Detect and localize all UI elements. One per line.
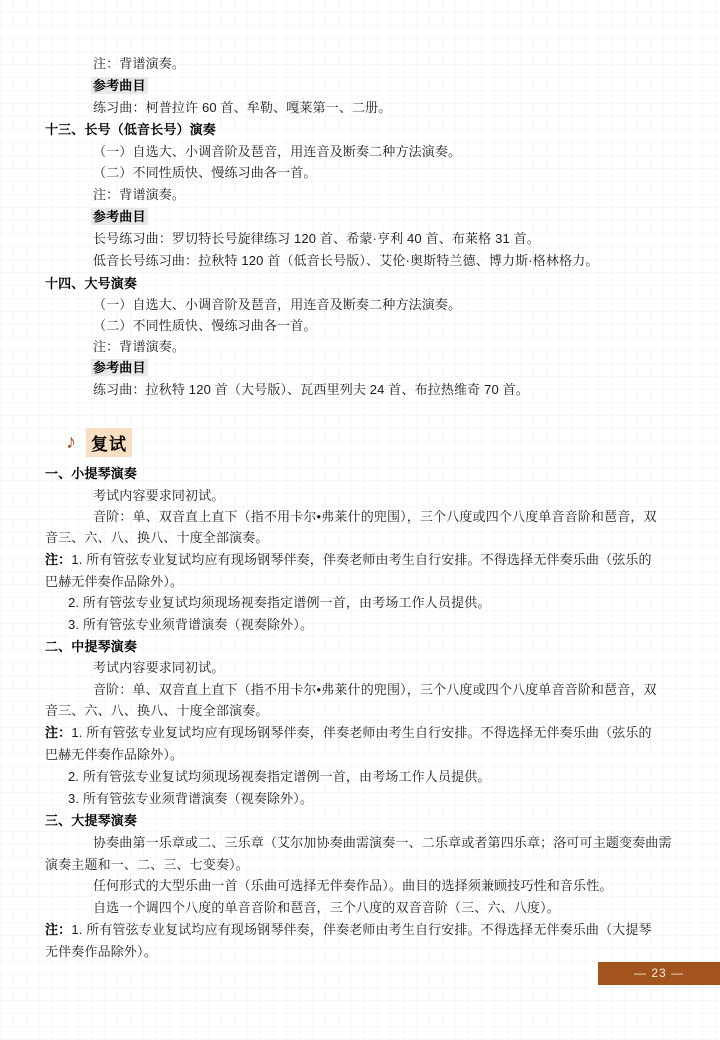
page-number-badge: — 23 — (598, 962, 720, 985)
body-line: 音阶：单、双音直上直下（指不用卡尔•弗莱什的兜围），三个八度或四个八度单音音阶和… (93, 681, 657, 698)
section-heading-viola: 二、中提琴演奏 (45, 638, 137, 655)
note-line: 3. 所有管弦专业须背谱演奏（视奏除外）。 (68, 790, 313, 807)
music-note-icon: ♪ (66, 432, 76, 452)
note-line: 巴赫无伴奏作品除外）。 (45, 573, 183, 590)
note-text: 1. 所有管弦专业复试均应有现场钢琴伴奏，伴奏老师由考生自行安排。不得选择无伴奏… (71, 922, 651, 937)
reference-heading-label: 参考曲目 (91, 208, 148, 225)
reference-heading: 参考曲目 (93, 359, 148, 376)
note-line: 注：背谱演奏。 (93, 338, 185, 355)
body-line: 低音长号练习曲：拉秋特 120 首（低音长号版）、艾伦·奥斯特兰德、博力斯·格林… (93, 252, 599, 269)
section-heading-cello: 三、大提琴演奏 (45, 812, 137, 829)
note-line: 注：背谱演奏。 (93, 186, 185, 203)
note-prefix: 注： (45, 922, 71, 937)
note-line: 注：1. 所有管弦专业复试均应有现场钢琴伴奏，伴奏老师由考生自行安排。不得选择无… (45, 724, 652, 741)
body-line: 任何形式的大型乐曲一首（乐曲可选择无伴奏作品）。曲目的选择须兼顾技巧性和音乐性。 (93, 877, 613, 894)
note-line: 2. 所有管弦专业复试均须现场视奏指定谱例一首，由考场工作人员提供。 (68, 768, 491, 785)
retest-title: 复试 (86, 428, 132, 457)
body-line: 自选一个调四个八度的单音音阶和琶音，三个八度的双音音阶（三、六、八度）。 (93, 899, 560, 916)
body-line: 练习曲：拉秋特 120 首（大号版）、瓦西里列夫 24 首、布拉热维奇 70 首… (93, 381, 529, 398)
body-line: 演奏主题和一、二、三、七变奏）。 (45, 856, 249, 873)
note-text: 1. 所有管弦专业复试均应有现场钢琴伴奏，伴奏老师由考生自行安排。不得选择无伴奏… (71, 725, 651, 740)
body-line: 协奏曲第一乐章或二、三乐章（艾尔加协奏曲需演奏一、二乐章或者第四乐章；洛可可主题… (93, 834, 672, 851)
body-line: （一）自选大、小调音阶及琶音，用连音及断奏二种方法演奏。 (93, 143, 461, 160)
note-line: 3. 所有管弦专业须背谱演奏（视奏除外）。 (68, 616, 313, 633)
body-line: 考试内容要求同初试。 (93, 487, 225, 504)
note-prefix: 注： (45, 552, 71, 567)
note-prefix: 注： (45, 725, 71, 740)
body-line: 练习曲：柯普拉许 60 首、牟勒、嘎莱第一、二册。 (93, 99, 391, 116)
reference-heading: 参考曲目 (93, 77, 148, 94)
note-line: 2. 所有管弦专业复试均须现场视奏指定谱例一首，由考场工作人员提供。 (68, 594, 491, 611)
section-heading-tuba: 十四、大号演奏 (45, 275, 137, 292)
document-page: 注：背谱演奏。 参考曲目 练习曲：柯普拉许 60 首、牟勒、嘎莱第一、二册。 十… (0, 0, 720, 1040)
body-line: 考试内容要求同初试。 (93, 659, 225, 676)
note-text: 1. 所有管弦专业复试均应有现场钢琴伴奏，伴奏老师由考生自行安排。不得选择无伴奏… (71, 552, 651, 567)
body-line: （二）不同性质快、慢练习曲各一首。 (93, 164, 317, 181)
body-line: 音三、六、八、换八、十度全部演奏。 (45, 702, 269, 719)
note-line: 无伴奏作品除外）。 (45, 943, 157, 960)
reference-heading-label: 参考曲目 (91, 77, 148, 94)
body-line: （一）自选大、小调音阶及琶音，用连音及断奏二种方法演奏。 (93, 296, 461, 313)
note-line: 注：1. 所有管弦专业复试均应有现场钢琴伴奏，伴奏老师由考生自行安排。不得选择无… (45, 551, 652, 568)
note-line: 注：背谱演奏。 (93, 55, 185, 72)
body-line: 音三、六、八、换八、十度全部演奏。 (45, 529, 269, 546)
body-line: （二）不同性质快、慢练习曲各一首。 (93, 317, 317, 334)
section-heading-trombone: 十三、长号（低音长号）演奏 (45, 121, 216, 138)
body-line: 长号练习曲：罗切特长号旋律练习 120 首、希蒙·亨利 40 首、布莱格 31 … (93, 230, 540, 247)
body-line: 音阶：单、双音直上直下（指不用卡尔•弗莱什的兜围），三个八度或四个八度单音音阶和… (93, 508, 657, 525)
reference-heading: 参考曲目 (93, 208, 148, 225)
note-line: 注：1. 所有管弦专业复试均应有现场钢琴伴奏，伴奏老师由考生自行安排。不得选择无… (45, 921, 652, 938)
note-line: 巴赫无伴奏作品除外）。 (45, 746, 183, 763)
section-header-retest: ♪ 复试 (66, 428, 132, 457)
section-heading-violin: 一、小提琴演奏 (45, 465, 137, 482)
reference-heading-label: 参考曲目 (91, 359, 148, 376)
